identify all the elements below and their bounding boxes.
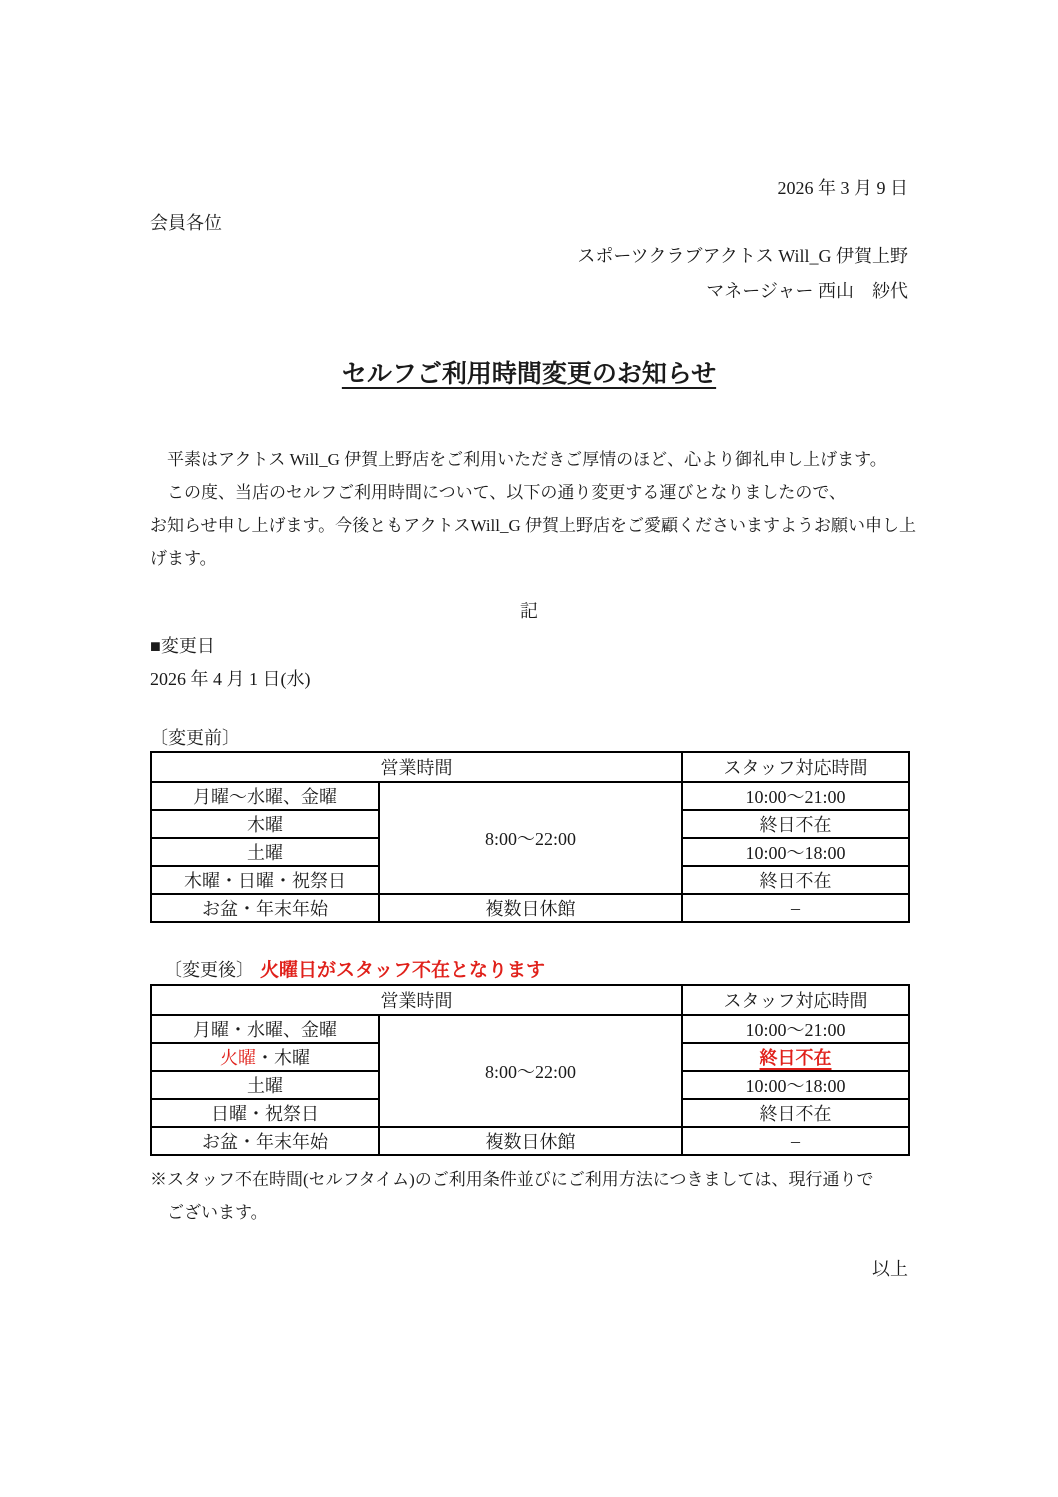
staff-hours-cell: 終日不在 [682,866,909,894]
sender-manager: マネージャー 西山 紗代 [150,279,908,303]
day-cell: 月曜・水曜、金曜 [151,1015,379,1043]
sender-organization: スポーツクラブアクトス Will_G 伊賀上野 [150,244,908,268]
staff-hours-cell: 終日不在 [682,1099,909,1127]
table-row: 月曜～水曜、金曜 8:00～22:00 10:00～21:00 [151,782,909,810]
day-cell: 木曜 [151,810,379,838]
staff-hours-cell: 終日不在 [682,810,909,838]
business-hours-column-header: 営業時間 [151,985,682,1015]
staff-hours-cell: 10:00～18:00 [682,1071,909,1099]
business-hours-merged-cell: 8:00～22:00 [379,782,682,894]
before-schedule-table: 営業時間 スタッフ対応時間 月曜～水曜、金曜 8:00～22:00 10:00～… [150,751,910,923]
change-date-value: 2026 年 4 月 1 日(水) [150,663,908,696]
thursday-label: ・木曜 [256,1048,310,1068]
document-date: 2026 年 3 月 9 日 [150,176,908,200]
record-marker: 記 [150,595,908,628]
day-cell: お盆・年末年始 [151,1127,379,1155]
after-table-label: 〔変更後〕 [164,960,254,980]
notice-title-text: セルフご利用時間変更のお知らせ [342,361,716,388]
table-header-row: 営業時間 スタッフ対応時間 [151,752,909,782]
after-highlight-note: 火曜日がスタッフ不在となります [260,960,545,981]
staff-hours-cell: – [682,894,909,922]
day-cell: 月曜～水曜、金曜 [151,782,379,810]
staff-hours-cell: 10:00～21:00 [682,782,909,810]
after-table-label-line: 〔変更後〕火曜日がスタッフ不在となります [150,957,908,984]
table-row: お盆・年末年始 複数日休館 – [151,894,909,922]
body-line-4: げます。 [150,542,908,575]
table-row: 月曜・水曜、金曜 8:00～22:00 10:00～21:00 [151,1015,909,1043]
after-schedule-table: 営業時間 スタッフ対応時間 月曜・水曜、金曜 8:00～22:00 10:00～… [150,984,910,1156]
footnote-line-1: ※スタッフ不在時間(セルフタイム)のご利用条件並びにご利用方法につきましては、現… [150,1163,908,1196]
staff-hours-cell: 終日不在 [682,1043,909,1071]
staff-hours-cell: – [682,1127,909,1155]
day-cell: 火曜・木曜 [151,1043,379,1071]
change-date-heading: ■変更日 [150,630,908,663]
staff-absent-red-text: 終日不在 [760,1048,832,1068]
day-cell: お盆・年末年始 [151,894,379,922]
business-hours-column-header: 営業時間 [151,752,682,782]
notice-title: セルフご利用時間変更のお知らせ [150,355,908,395]
staff-hours-cell: 10:00～18:00 [682,838,909,866]
notice-document-page: 2026 年 3 月 9 日 会員各位 スポーツクラブアクトス Will_G 伊… [0,0,1058,1497]
table-header-row: 営業時間 スタッフ対応時間 [151,985,909,1015]
footnote-line-2: ございます。 [150,1196,908,1229]
body-line-2: この度、当店のセルフご利用時間について、以下の通り変更する運びとなりましたので、 [150,476,908,509]
day-cell: 木曜・日曜・祝祭日 [151,866,379,894]
table-row: お盆・年末年始 複数日休館 – [151,1127,909,1155]
recipient-line: 会員各位 [150,211,908,235]
day-cell: 土曜 [151,1071,379,1099]
day-cell: 日曜・祝祭日 [151,1099,379,1127]
before-table-label: 〔変更前〕 [150,725,908,751]
business-hours-cell: 複数日休館 [379,1127,682,1155]
body-line-3: お知らせ申し上げます。今後ともアクトスWill_G 伊賀上野店をご愛顧くださいま… [150,509,908,542]
body-paragraph: 平素はアクトス Will_G 伊賀上野店をご利用いただきご厚情のほど、心より御礼… [150,443,908,575]
staff-hours-cell: 10:00～21:00 [682,1015,909,1043]
body-line-1: 平素はアクトス Will_G 伊賀上野店をご利用いただきご厚情のほど、心より御礼… [150,443,908,476]
day-cell: 土曜 [151,838,379,866]
business-hours-merged-cell: 8:00～22:00 [379,1015,682,1127]
business-hours-cell: 複数日休館 [379,894,682,922]
closing-text: 以上 [150,1256,908,1282]
footnote: ※スタッフ不在時間(セルフタイム)のご利用条件並びにご利用方法につきましては、現… [150,1163,908,1229]
staff-hours-column-header: スタッフ対応時間 [682,985,909,1015]
tuesday-red-label: 火曜 [220,1048,256,1068]
staff-hours-column-header: スタッフ対応時間 [682,752,909,782]
